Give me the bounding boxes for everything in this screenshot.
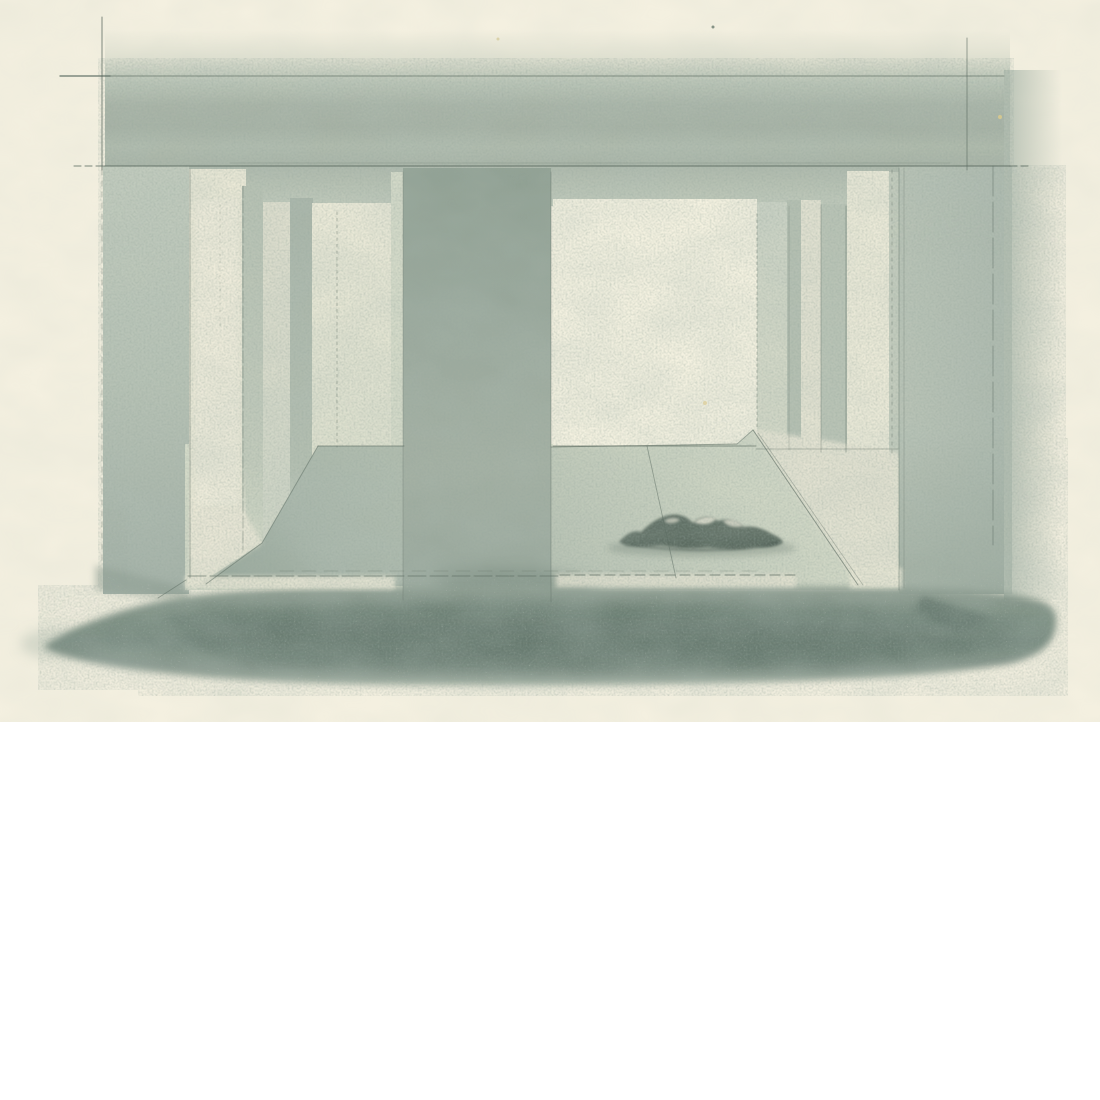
wash-grain-group (0, 0, 1100, 722)
yellow-fleck-2 (703, 401, 707, 405)
artwork-canvas (0, 0, 1100, 1100)
dark-speck (712, 26, 715, 29)
yellow-fleck-1 (998, 115, 1002, 119)
yellow-fleck-3 (497, 38, 500, 41)
scanned-drawing-page (0, 0, 1100, 1100)
wash-speckle (0, 0, 1100, 722)
